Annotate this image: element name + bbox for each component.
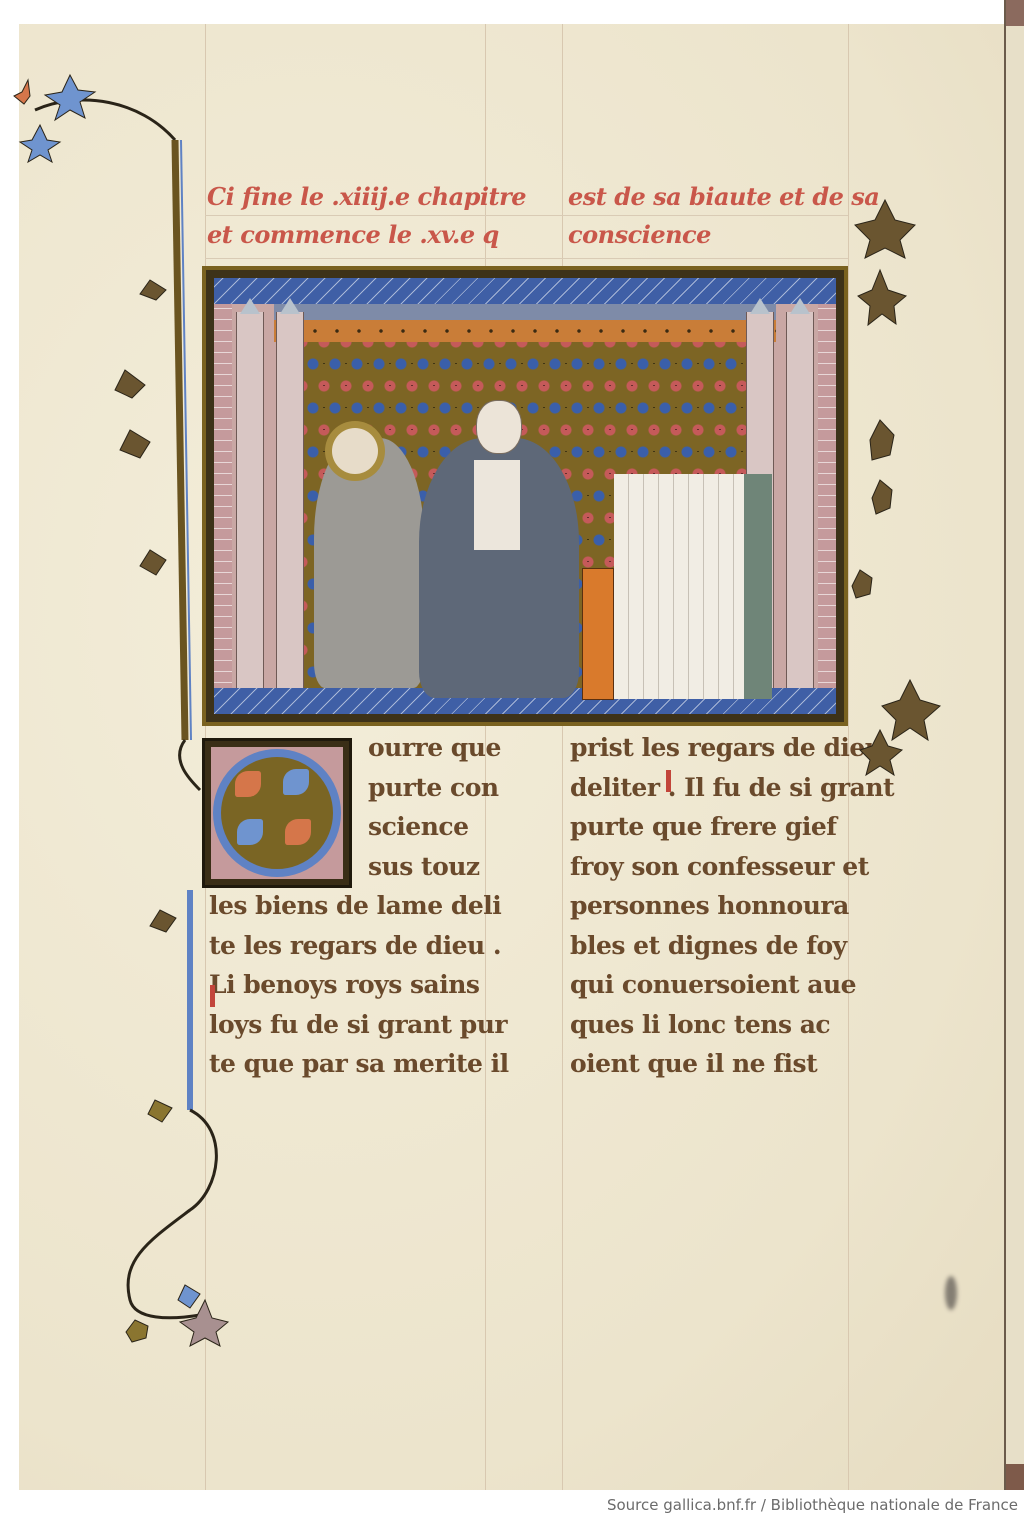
text-line: prist les regars de dieu [570,728,894,768]
spire-icon [790,298,810,314]
miniature-sky [274,304,776,320]
spire-icon [240,298,260,314]
binding-tab-bottom [1006,1464,1024,1490]
text-line: te que par sa merite il [209,1044,509,1084]
miniature-illumination [202,266,848,726]
source-attribution: Source gallica.bnf.fr / Bibliothèque nat… [607,1496,1018,1514]
text-line: froy son confesseur et [570,847,894,887]
decorated-initial [202,738,352,888]
fleur-de-lis-canopy [274,320,776,342]
text-line: ques li lonc tens ac [570,1005,894,1045]
ruling-line [205,258,848,259]
text-line: purte que frere gief [570,807,894,847]
miniature-field [214,278,836,714]
rubric-left: Ci fine le .xiiij.e chapitre et commence… [207,178,526,254]
binding-tab-top [1006,0,1024,26]
spire-icon [280,298,300,314]
text-line: science [368,807,501,847]
spire-icon [750,298,770,314]
text-line: deliter . Il fu de si grant [570,768,894,808]
miniature-border-top [214,278,836,304]
red-capital-mark [666,770,671,792]
haloed-head [332,428,378,474]
kneeling-king-figure [314,438,424,688]
altar-cloth [614,474,746,699]
gothic-pillar [276,312,304,688]
initial-bowl [213,749,341,877]
text-line: qui conuersoient aue [570,965,894,1005]
confessor-tunic [474,460,520,550]
text-line: personnes honnoura [570,886,894,926]
text-column-right: prist les regars de dieu deliter . Il fu… [570,728,894,1084]
rubric-line: conscience [568,216,879,254]
text-line: ourre que [368,728,501,768]
rubric-line: et commence le .xv.e q [207,216,526,254]
text-line: purte con [368,768,501,808]
gothic-pillar [236,312,264,688]
text-line: loys fu de si grant pur [209,1005,509,1045]
miniature-border-right [818,304,836,688]
gothic-pillar [786,312,814,688]
blue-leaf-icon [237,819,263,845]
text-line: les biens de lame deli [209,886,509,926]
text-line: Li benoys roys sains [209,965,509,1005]
rubric-line: est de sa biaute et de sa [568,178,879,216]
rubric-right: est de sa biaute et de sa conscience [568,178,879,254]
orange-leaf-icon [285,819,311,845]
ink-smudge [945,1276,957,1310]
ruling-line [562,24,563,1490]
text-line: te les regars de dieu . [209,926,509,966]
text-column-left-indented: ourre que purte con science sus touz [368,728,501,886]
lectern [582,568,614,700]
orange-leaf-icon [235,771,261,797]
binding-gutter [1004,0,1024,1490]
altar-side [744,474,772,699]
text-column-left: les biens de lame deli te les regars de … [209,886,509,1084]
text-line: oient que il ne fist [570,1044,894,1084]
rubric-line: Ci fine le .xiiij.e chapitre [207,178,526,216]
red-capital-mark [210,985,215,1007]
confessor-head [476,400,522,454]
text-line: sus touz [368,847,501,887]
miniature-border-left [214,304,232,688]
text-line: bles et dignes de foy [570,926,894,966]
blue-leaf-icon [283,769,309,795]
